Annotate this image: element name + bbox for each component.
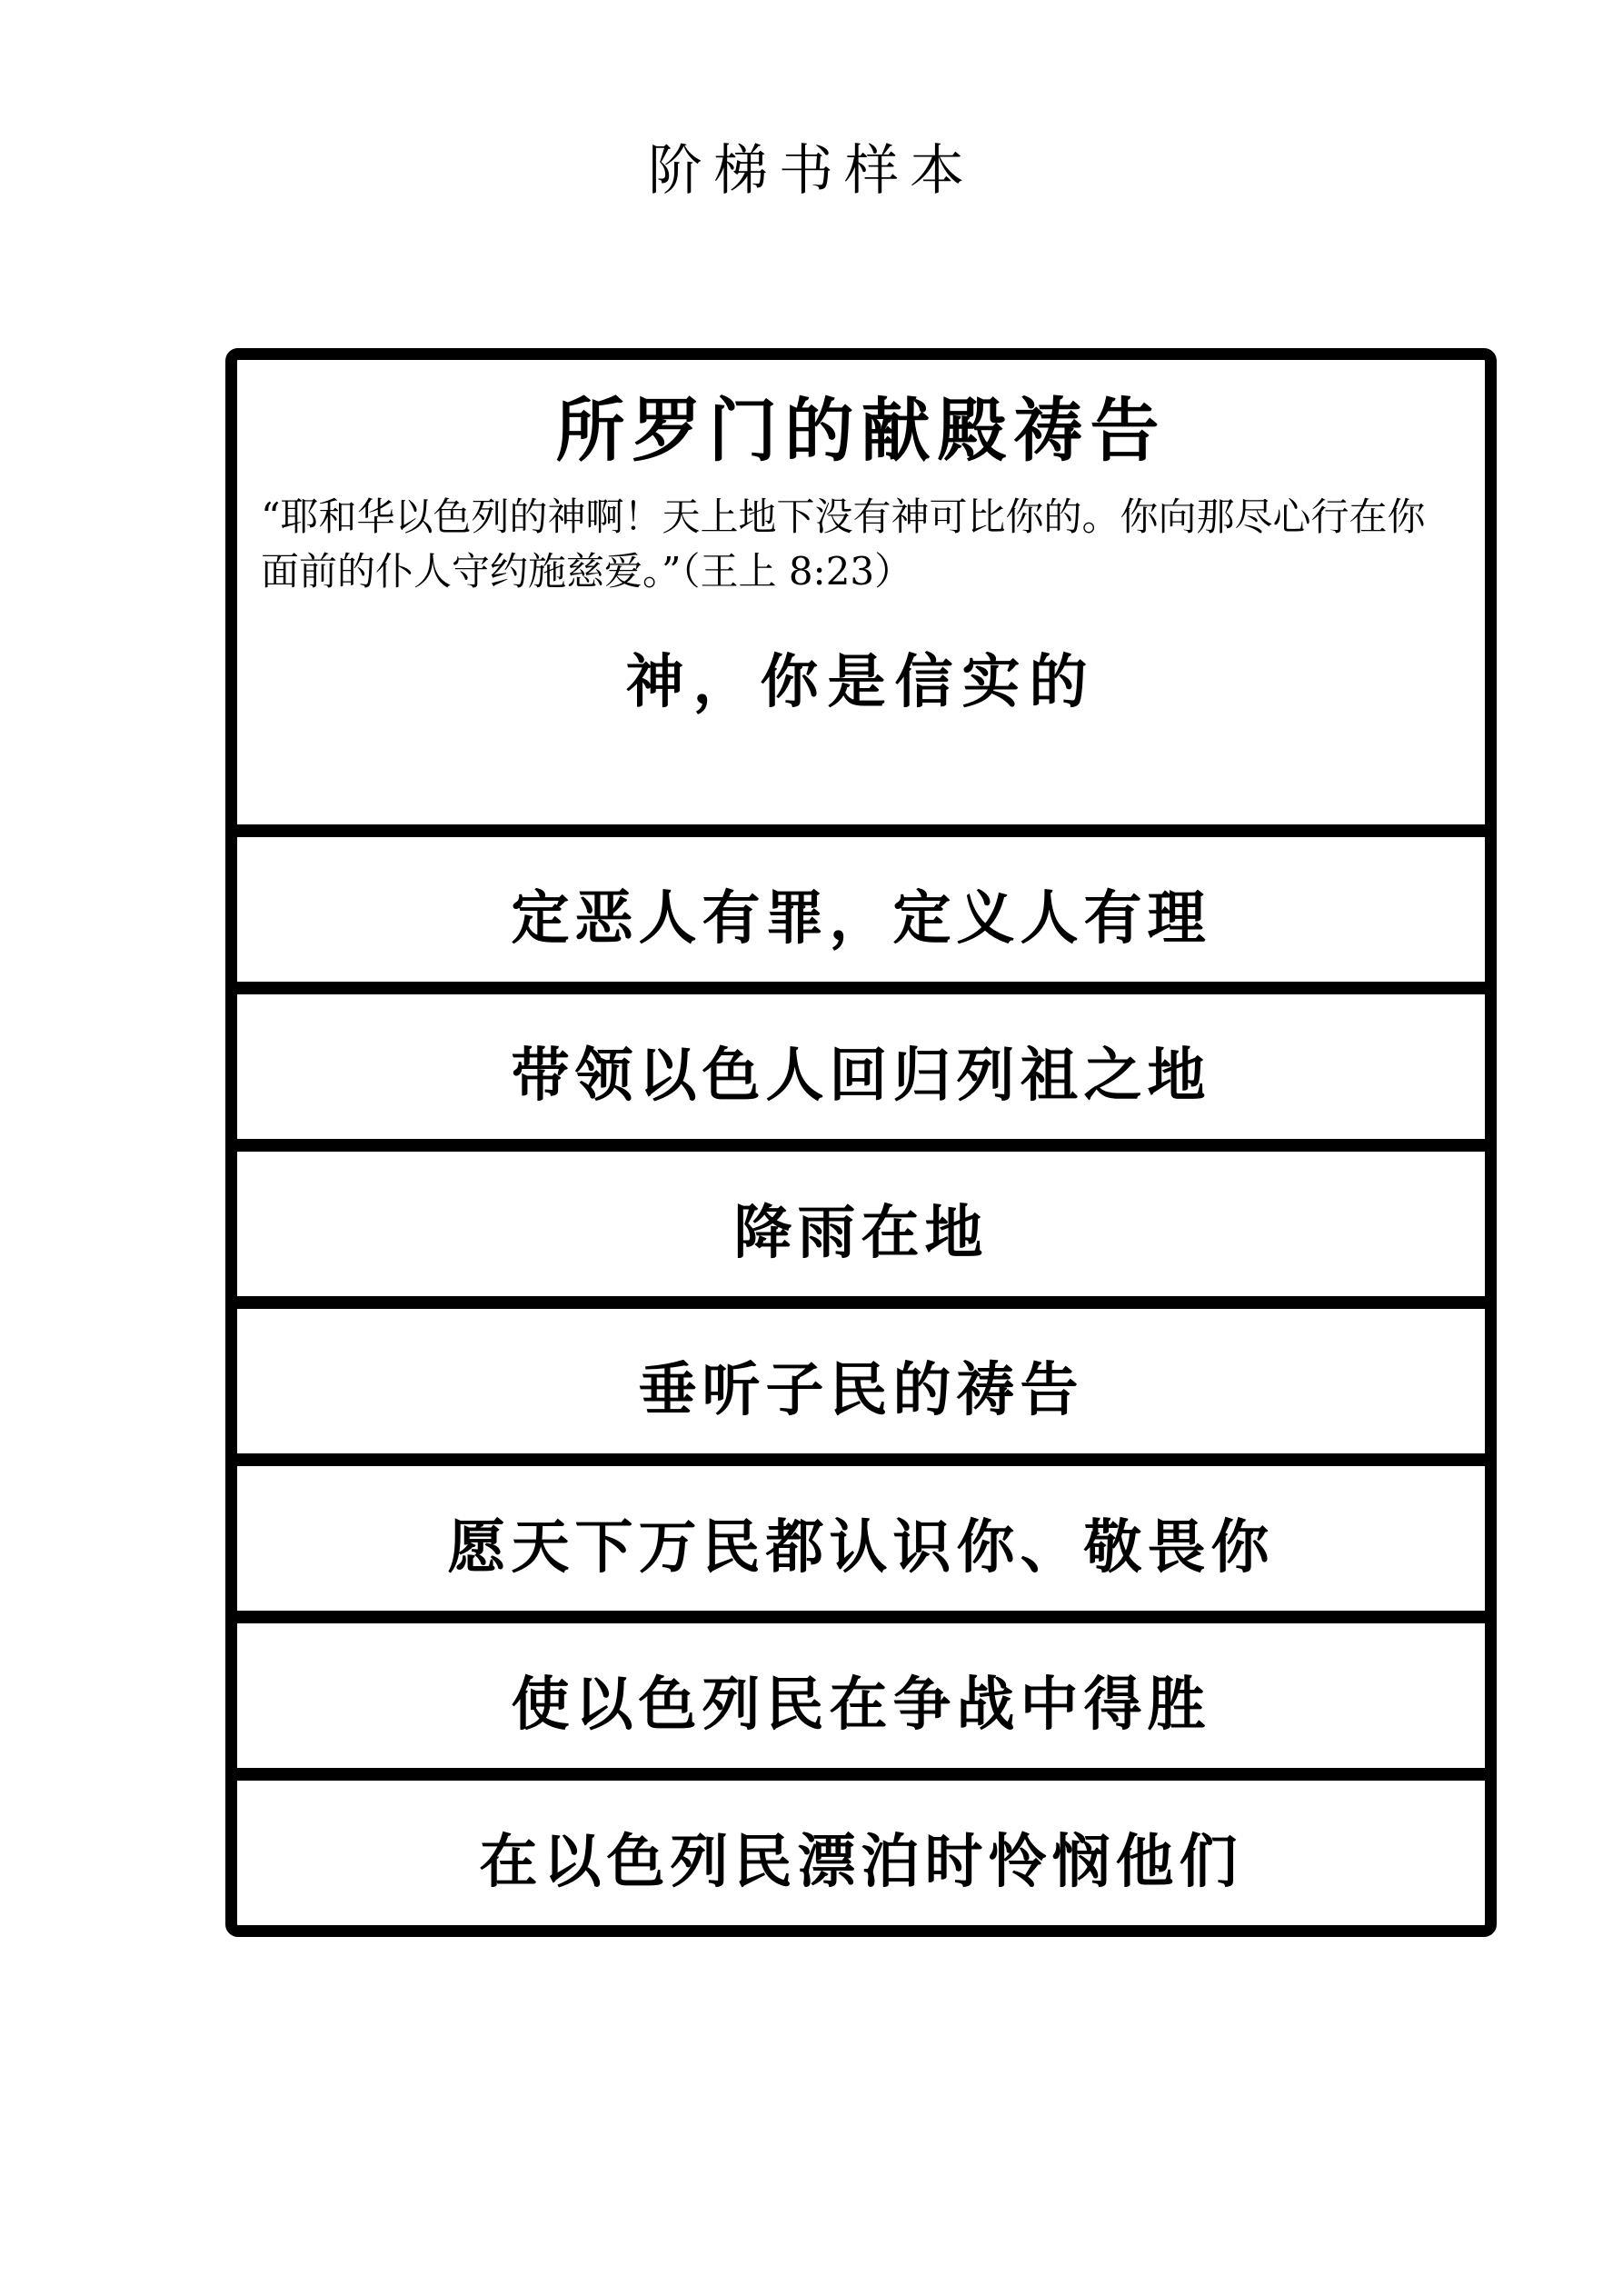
page-title: 阶梯书样本 [0, 127, 1623, 205]
scripture-quote-line-1: “耶和华以色列的神啊！天上地下没有神可比你的。你向那尽心行在你 [261, 490, 1461, 544]
ladder-step-1-label: 定恶人有罪，定义人有理 [512, 864, 1211, 955]
ladder-step-7: 在以色列民漂泊时怜悯他们 [237, 1768, 1485, 1925]
ladder-step-4: 垂听子民的祷告 [237, 1296, 1485, 1453]
ladder-header-section: 所罗门的献殿祷告 “耶和华以色列的神啊！天上地下没有神可比你的。你向那尽心行在你… [237, 360, 1485, 824]
ladder-step-4-label: 垂听子民的祷告 [639, 1336, 1084, 1427]
ladder-step-5: 愿天下万民都认识你、敬畏你 [237, 1453, 1485, 1611]
ladder-step-7-label: 在以色列民漂泊时怜悯他们 [480, 1808, 1243, 1899]
ladder-step-6-label: 使以色列民在争战中得胜 [512, 1651, 1211, 1742]
scripture-quote: “耶和华以色列的神啊！天上地下没有神可比你的。你向那尽心行在你 面前的仆人守约施… [261, 490, 1461, 599]
ladder-step-2: 带领以色人回归列祖之地 [237, 982, 1485, 1139]
ladder-step-3: 降雨在地 [237, 1139, 1485, 1296]
ladder-diagram: 所罗门的献殿祷告 “耶和华以色列的神啊！天上地下没有神可比你的。你向那尽心行在你… [225, 348, 1497, 1937]
scripture-quote-line-2: 面前的仆人守约施慈爱。”（王上 8:23） [261, 544, 1461, 599]
ladder-subtitle: 神，你是信实的 [261, 635, 1461, 719]
ladder-step-2-label: 带领以色人回归列祖之地 [512, 1022, 1211, 1113]
ladder-title: 所罗门的献殿祷告 [261, 391, 1461, 470]
ladder-step-3-label: 降雨在地 [734, 1179, 989, 1270]
ladder-step-5-label: 愿天下万民都认识你、敬畏你 [448, 1493, 1275, 1584]
ladder-step-1: 定恶人有罪，定义人有理 [237, 824, 1485, 982]
ladder-step-6: 使以色列民在争战中得胜 [237, 1611, 1485, 1768]
